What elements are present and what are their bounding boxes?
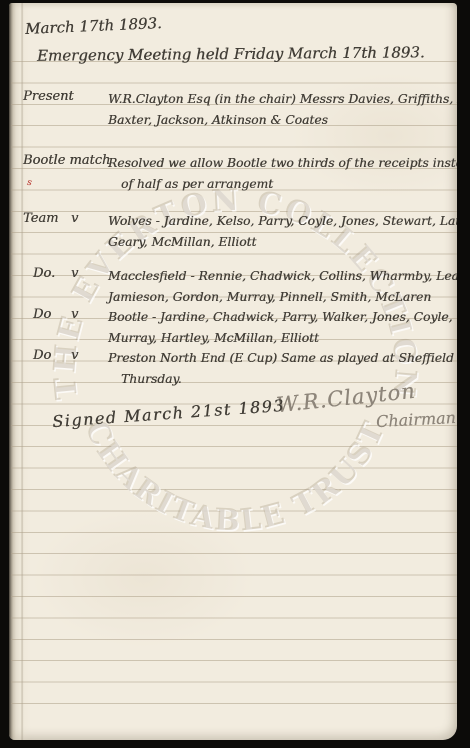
meeting-title: Emergency Meeting held Friday March 17th… xyxy=(37,43,425,64)
date-heading: March 17th 1893. xyxy=(25,14,162,38)
entry-line: Resolved we allow Bootle two thirds of t… xyxy=(108,153,455,174)
entry-line: Jamieson, Gordon, Murray, Pinnell, Smith… xyxy=(108,287,455,308)
entry-label: Present xyxy=(23,89,74,104)
versus-mark: v xyxy=(71,348,78,363)
entry-label: Do xyxy=(33,348,51,363)
entry-label: Team xyxy=(23,211,58,226)
entry-line: Geary, McMillan, Elliott xyxy=(108,232,455,253)
minute-book-page: THE EVERTON COLLECTION CHARITABLE TRUST … xyxy=(9,3,457,740)
minute-entry-bootle-match: Bootle match Resolved we allow Bootle tw… xyxy=(9,153,457,196)
minute-entry-team-wolves: Team v Wolves - Jardine, Kelso, Parry, C… xyxy=(9,211,457,254)
entry-line: Wolves - Jardine, Kelso, Parry, Coyle, J… xyxy=(108,211,455,232)
entry-line: Murray, Hartley, McMillan, Elliott xyxy=(108,328,455,349)
entry-line: W.R.Clayton Esq (in the chair) Messrs Da… xyxy=(108,89,455,110)
entry-label: Bootle match xyxy=(23,153,110,168)
photographed-minute-book: { "page": { "date_heading": "March 17th … xyxy=(0,0,470,748)
versus-mark: v xyxy=(71,266,78,281)
entry-line: Bootle - Jardine, Chadwick, Parry, Walke… xyxy=(108,307,455,328)
entry-label: Do. xyxy=(33,266,55,281)
entry-line: of half as per arrangemt xyxy=(121,174,455,195)
minute-entry-team-bootle: Do v Bootle - Jardine, Chadwick, Parry, … xyxy=(9,307,457,350)
entry-line: Macclesfield - Rennie, Chadwick, Collins… xyxy=(108,266,455,287)
versus-mark: v xyxy=(71,307,78,322)
entry-line: Baxter, Jackson, Atkinson & Coates xyxy=(108,110,455,131)
minute-entry-present: Present W.R.Clayton Esq (in the chair) M… xyxy=(9,89,457,132)
entry-line: Preston North End (E Cup) Same as played… xyxy=(108,348,455,369)
minute-entry-team-macclesfield: Do. v Macclesfield - Rennie, Chadwick, C… xyxy=(9,266,457,309)
entry-label: Do xyxy=(33,307,51,322)
versus-mark: v xyxy=(71,211,78,226)
